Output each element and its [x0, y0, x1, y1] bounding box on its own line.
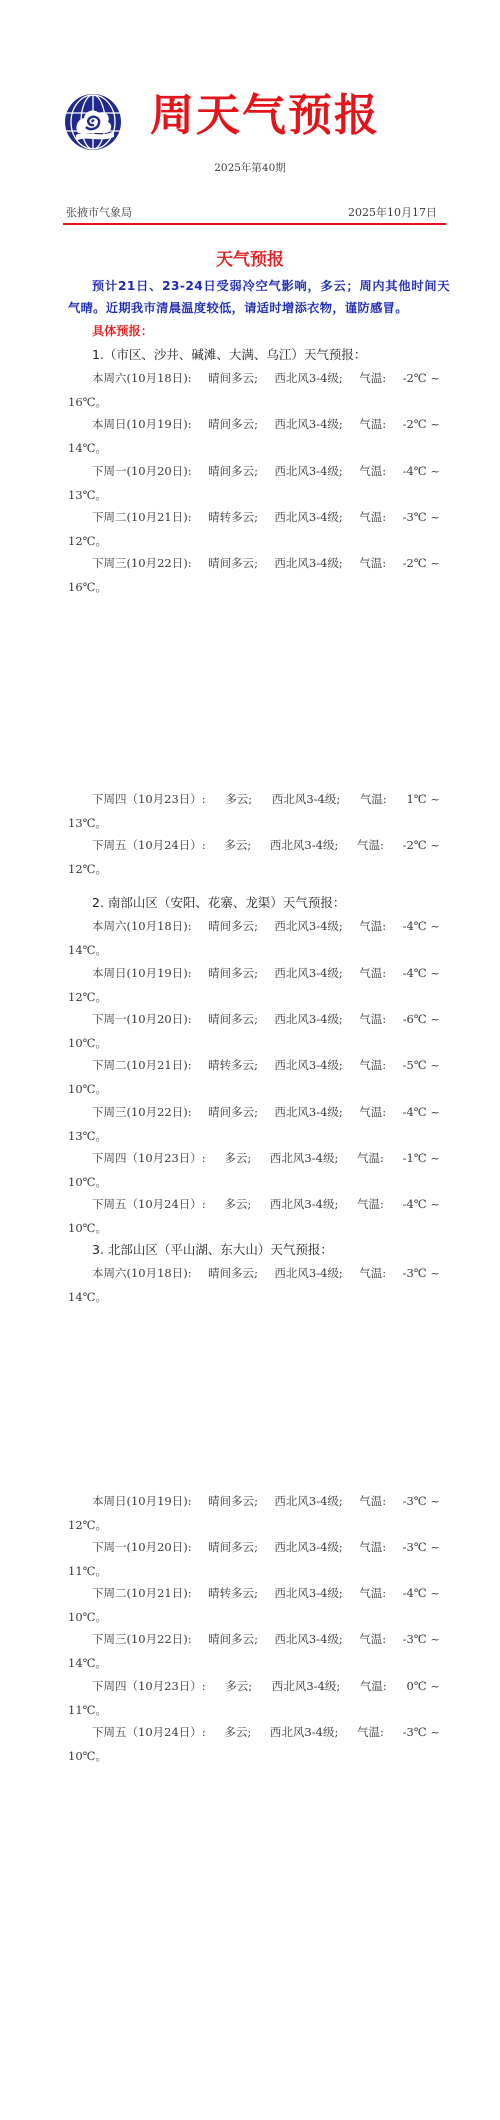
forecast-line: 下周一(10月20日):晴间多云;西北风3-4级;气温:-6℃ ~	[68, 1008, 440, 1032]
forecast-day: 下周三(10月22日):	[92, 1101, 192, 1125]
forecast-wind: 西北风3-4级;	[274, 1536, 342, 1560]
forecast-weather: 晴间多云;	[208, 1628, 258, 1652]
forecast-day: 下周五（10月24日）:	[92, 1721, 206, 1745]
forecast-temp-low: -3℃ ~	[403, 1628, 440, 1652]
forecast-wind: 西北风3-4级;	[274, 915, 342, 939]
forecast-weather: 多云;	[224, 834, 251, 858]
forecast-weather: 晴间多云;	[208, 367, 258, 391]
forecast-temp-high: 12℃。	[68, 1514, 440, 1538]
forecast-entry: 下周二(10月21日):晴转多云;西北风3-4级;气温:-4℃ ~10℃。	[68, 1582, 440, 1629]
forecast-temp-label: 气温:	[360, 788, 387, 812]
forecast-weather: 晴间多云;	[208, 1490, 258, 1514]
forecast-line: 下周二(10月21日):晴转多云;西北风3-4级;气温:-3℃ ~	[68, 506, 440, 530]
forecast-temp-high: 14℃。	[68, 437, 440, 461]
publish-date: 2025年10月17日	[348, 204, 437, 220]
forecast-temp-label: 气温:	[359, 1262, 386, 1286]
forecast-day: 下周三(10月22日):	[92, 1628, 192, 1652]
forecast-temp-low: -3℃ ~	[403, 1490, 440, 1514]
forecast-day: 下周二(10月21日):	[92, 1582, 192, 1606]
forecast-line: 下周三(10月22日):晴间多云;西北风3-4级;气温:-3℃ ~	[68, 1628, 440, 1652]
forecast-temp-high: 11℃。	[68, 1560, 440, 1584]
forecast-day: 下周一(10月20日):	[92, 1008, 192, 1032]
forecast-weather: 晴转多云;	[208, 506, 258, 530]
forecast-temp-label: 气温:	[359, 552, 386, 576]
forecast-temp-high: 12℃。	[68, 530, 440, 554]
issue-number: 2025年第40期	[0, 160, 500, 175]
forecast-temp-low: -4℃ ~	[403, 962, 440, 986]
forecast-line: 下周一(10月20日):晴间多云;西北风3-4级;气温:-4℃ ~	[68, 460, 440, 484]
forecast-weather: 晴间多云;	[208, 915, 258, 939]
forecast-weather: 晴间多云;	[208, 413, 258, 437]
forecast-entry: 下周四（10月23日）:多云;西北风3-4级;气温:1℃ ~13℃。	[68, 788, 440, 835]
organization-name: 张掖市气象局	[66, 204, 132, 220]
forecast-entry: 本周日(10月19日):晴间多云;西北风3-4级;气温:-4℃ ~12℃。	[68, 962, 440, 1009]
detail-heading: 具体预报：	[92, 322, 153, 339]
forecast-temp-label: 气温:	[359, 1536, 386, 1560]
forecast-weather: 多云;	[225, 788, 252, 812]
forecast-temp-low: -3℃ ~	[403, 1536, 440, 1560]
forecast-temp-label: 气温:	[357, 1193, 384, 1217]
forecast-temp-label: 气温:	[357, 834, 384, 858]
forecast-entry: 本周日(10月19日):晴间多云;西北风3-4级;气温:-3℃ ~12℃。	[68, 1490, 440, 1537]
forecast-line: 下周五（10月24日）:多云;西北风3-4级;气温:-4℃ ~	[68, 1193, 440, 1217]
forecast-day: 下周一(10月20日):	[92, 1536, 192, 1560]
region-heading: 1.（市区、沙井、碱滩、大满、乌江）天气预报：	[92, 345, 366, 363]
forecast-entry: 本周日(10月19日):晴间多云;西北风3-4级;气温:-2℃ ~14℃。	[68, 413, 440, 460]
forecast-line: 下周一(10月20日):晴间多云;西北风3-4级;气温:-3℃ ~	[68, 1536, 440, 1560]
forecast-wind: 西北风3-4级;	[274, 506, 342, 530]
forecast-temp-label: 气温:	[359, 1101, 386, 1125]
forecast-weather: 晴间多云;	[208, 1536, 258, 1560]
forecast-line: 下周四（10月23日）:多云;西北风3-4级;气温:0℃ ~	[68, 1675, 440, 1699]
forecast-wind: 西北风3-4级;	[272, 1675, 340, 1699]
forecast-temp-label: 气温:	[359, 460, 386, 484]
forecast-entry: 下周四（10月23日）:多云;西北风3-4级;气温:0℃ ~11℃。	[68, 1675, 440, 1722]
forecast-wind: 西北风3-4级;	[274, 1582, 342, 1606]
forecast-wind: 西北风3-4级;	[274, 460, 342, 484]
forecast-day: 本周六(10月18日):	[92, 367, 192, 391]
forecast-temp-high: 14℃。	[68, 1652, 440, 1676]
forecast-day: 下周三(10月22日):	[92, 552, 192, 576]
forecast-line: 下周五（10月24日）:多云;西北风3-4级;气温:-3℃ ~	[68, 1721, 440, 1745]
forecast-entry: 下周三(10月22日):晴间多云;西北风3-4级;气温:-3℃ ~14℃。	[68, 1628, 440, 1675]
forecast-entry: 下周三(10月22日):晴间多云;西北风3-4级;气温:-2℃ ~16℃。	[68, 552, 440, 599]
forecast-temp-high: 13℃。	[68, 812, 440, 836]
forecast-temp-label: 气温:	[359, 413, 386, 437]
forecast-weather: 多云;	[225, 1675, 252, 1699]
forecast-temp-low: -3℃ ~	[403, 506, 440, 530]
forecast-weather: 晴转多云;	[208, 1582, 258, 1606]
section-title: 天气预报	[0, 245, 500, 270]
forecast-temp-label: 气温:	[359, 367, 386, 391]
forecast-weather: 晴间多云;	[208, 962, 258, 986]
forecast-entry: 下周一(10月20日):晴间多云;西北风3-4级;气温:-4℃ ~13℃。	[68, 460, 440, 507]
forecast-entry: 本周六(10月18日):晴间多云;西北风3-4级;气温:-3℃ ~14℃。	[68, 1262, 440, 1309]
forecast-day: 下周四（10月23日）:	[92, 788, 206, 812]
forecast-weather: 多云;	[224, 1721, 251, 1745]
forecast-temp-low: -4℃ ~	[403, 1582, 440, 1606]
forecast-temp-label: 气温:	[359, 1008, 386, 1032]
forecast-weather: 多云;	[224, 1147, 251, 1171]
forecast-day: 下周四（10月23日）:	[92, 1147, 206, 1171]
forecast-wind: 西北风3-4级;	[274, 1490, 342, 1514]
header-divider	[63, 223, 446, 225]
forecast-weather: 晴间多云;	[208, 1101, 258, 1125]
forecast-line: 下周二(10月21日):晴转多云;西北风3-4级;气温:-4℃ ~	[68, 1582, 440, 1606]
forecast-line: 本周六(10月18日):晴间多云;西北风3-4级;气温:-2℃ ~	[68, 367, 440, 391]
forecast-entry: 下周一(10月20日):晴间多云;西北风3-4级;气温:-6℃ ~10℃。	[68, 1008, 440, 1055]
forecast-entry: 下周二(10月21日):晴转多云;西北风3-4级;气温:-3℃ ~12℃。	[68, 506, 440, 553]
forecast-wind: 西北风3-4级;	[274, 1008, 342, 1032]
forecast-temp-low: -1℃ ~	[403, 1147, 440, 1171]
forecast-temp-label: 气温:	[359, 915, 386, 939]
forecast-wind: 西北风3-4级;	[274, 1262, 342, 1286]
forecast-line: 本周日(10月19日):晴间多云;西北风3-4级;气温:-4℃ ~	[68, 962, 440, 986]
forecast-temp-low: -2℃ ~	[403, 367, 440, 391]
forecast-temp-high: 14℃。	[68, 1286, 440, 1310]
forecast-line: 下周四（10月23日）:多云;西北风3-4级;气温:1℃ ~	[68, 788, 440, 812]
forecast-weather: 晴间多云;	[208, 1008, 258, 1032]
forecast-wind: 西北风3-4级;	[274, 1101, 342, 1125]
forecast-temp-high: 14℃。	[68, 939, 440, 963]
forecast-line: 下周五（10月24日）:多云;西北风3-4级;气温:-2℃ ~	[68, 834, 440, 858]
bulletin-title: 周天气预报	[150, 86, 390, 146]
forecast-entry: 下周二(10月21日):晴转多云;西北风3-4级;气温:-5℃ ~10℃。	[68, 1054, 440, 1101]
forecast-day: 下周五（10月24日）:	[92, 1193, 206, 1217]
forecast-day: 下周四（10月23日）:	[92, 1675, 206, 1699]
forecast-temp-high: 11℃。	[68, 1699, 440, 1723]
forecast-temp-low: -6℃ ~	[403, 1008, 440, 1032]
forecast-temp-low: -3℃ ~	[403, 1721, 440, 1745]
forecast-temp-label: 气温:	[357, 1721, 384, 1745]
forecast-temp-low: -2℃ ~	[403, 834, 440, 858]
meteorological-logo-icon	[64, 93, 122, 151]
forecast-temp-low: -5℃ ~	[403, 1054, 440, 1078]
forecast-temp-low: -3℃ ~	[403, 1262, 440, 1286]
forecast-entry: 本周六(10月18日):晴间多云;西北风3-4级;气温:-4℃ ~14℃。	[68, 915, 440, 962]
forecast-line: 本周六(10月18日):晴间多云;西北风3-4级;气温:-3℃ ~	[68, 1262, 440, 1286]
forecast-line: 下周三(10月22日):晴间多云;西北风3-4级;气温:-2℃ ~	[68, 552, 440, 576]
forecast-temp-low: 1℃ ~	[406, 788, 439, 812]
forecast-wind: 西北风3-4级;	[274, 413, 342, 437]
forecast-temp-low: -2℃ ~	[403, 552, 440, 576]
forecast-line: 本周日(10月19日):晴间多云;西北风3-4级;气温:-2℃ ~	[68, 413, 440, 437]
forecast-entry: 下周五（10月24日）:多云;西北风3-4级;气温:-4℃ ~10℃。	[68, 1193, 440, 1240]
forecast-wind: 西北风3-4级;	[274, 1628, 342, 1652]
forecast-temp-high: 16℃。	[68, 576, 440, 600]
forecast-entry: 下周一(10月20日):晴间多云;西北风3-4级;气温:-3℃ ~11℃。	[68, 1536, 440, 1583]
forecast-day: 下周五（10月24日）:	[92, 834, 206, 858]
forecast-weather: 晴间多云;	[208, 1262, 258, 1286]
forecast-temp-label: 气温:	[357, 1147, 384, 1171]
forecast-day: 下周二(10月21日):	[92, 1054, 192, 1078]
forecast-day: 下周二(10月21日):	[92, 506, 192, 530]
forecast-temp-high: 12℃。	[68, 986, 440, 1010]
forecast-temp-high: 10℃。	[68, 1171, 440, 1195]
forecast-entry: 下周四（10月23日）:多云;西北风3-4级;气温:-1℃ ~10℃。	[68, 1147, 440, 1194]
forecast-temp-high: 10℃。	[68, 1606, 440, 1630]
forecast-temp-label: 气温:	[360, 1675, 387, 1699]
forecast-day: 本周六(10月18日):	[92, 1262, 192, 1286]
forecast-wind: 西北风3-4级;	[274, 552, 342, 576]
forecast-temp-label: 气温:	[359, 506, 386, 530]
forecast-day: 下周一(10月20日):	[92, 460, 192, 484]
forecast-temp-low: -4℃ ~	[403, 915, 440, 939]
forecast-weather: 晴间多云;	[208, 552, 258, 576]
forecast-temp-label: 气温:	[359, 962, 386, 986]
forecast-line: 本周日(10月19日):晴间多云;西北风3-4级;气温:-3℃ ~	[68, 1490, 440, 1514]
forecast-temp-label: 气温:	[359, 1628, 386, 1652]
forecast-temp-label: 气温:	[359, 1582, 386, 1606]
forecast-summary: 预计21日、23-24日受弱冷空气影响，多云；周内其他时间天气晴。近期我市清晨温…	[68, 275, 450, 319]
forecast-temp-low: -2℃ ~	[403, 413, 440, 437]
forecast-line: 下周四（10月23日）:多云;西北风3-4级;气温:-1℃ ~	[68, 1147, 440, 1171]
forecast-wind: 西北风3-4级;	[274, 367, 342, 391]
forecast-temp-high: 10℃。	[68, 1745, 440, 1769]
forecast-temp-high: 13℃。	[68, 1125, 440, 1149]
forecast-temp-label: 气温:	[359, 1054, 386, 1078]
forecast-wind: 西北风3-4级;	[274, 1054, 342, 1078]
forecast-temp-high: 10℃。	[68, 1217, 440, 1241]
forecast-temp-high: 10℃。	[68, 1078, 440, 1102]
forecast-entry: 下周三(10月22日):晴间多云;西北风3-4级;气温:-4℃ ~13℃。	[68, 1101, 440, 1148]
forecast-entry: 下周五（10月24日）:多云;西北风3-4级;气温:-3℃ ~10℃。	[68, 1721, 440, 1768]
forecast-line: 本周六(10月18日):晴间多云;西北风3-4级;气温:-4℃ ~	[68, 915, 440, 939]
forecast-wind: 西北风3-4级;	[270, 1147, 338, 1171]
forecast-entry: 下周五（10月24日）:多云;西北风3-4级;气温:-2℃ ~12℃。	[68, 834, 440, 881]
forecast-temp-high: 13℃。	[68, 484, 440, 508]
forecast-wind: 西北风3-4级;	[274, 962, 342, 986]
forecast-temp-label: 气温:	[359, 1490, 386, 1514]
forecast-weather: 晴转多云;	[208, 1054, 258, 1078]
forecast-line: 下周三(10月22日):晴间多云;西北风3-4级;气温:-4℃ ~	[68, 1101, 440, 1125]
forecast-wind: 西北风3-4级;	[270, 1193, 338, 1217]
forecast-temp-low: -4℃ ~	[403, 460, 440, 484]
forecast-temp-high: 16℃。	[68, 391, 440, 415]
region-heading: 2. 南部山区（安阳、花寨、龙渠）天气预报：	[92, 893, 345, 911]
forecast-day: 本周日(10月19日):	[92, 1490, 192, 1514]
forecast-temp-low: 0℃ ~	[406, 1675, 439, 1699]
forecast-wind: 西北风3-4级;	[272, 788, 340, 812]
forecast-temp-high: 12℃。	[68, 858, 440, 882]
forecast-entry: 本周六(10月18日):晴间多云;西北风3-4级;气温:-2℃ ~16℃。	[68, 367, 440, 414]
forecast-weather: 多云;	[224, 1193, 251, 1217]
forecast-line: 下周二(10月21日):晴转多云;西北风3-4级;气温:-5℃ ~	[68, 1054, 440, 1078]
forecast-temp-low: -4℃ ~	[403, 1193, 440, 1217]
forecast-wind: 西北风3-4级;	[270, 1721, 338, 1745]
forecast-wind: 西北风3-4级;	[270, 834, 338, 858]
forecast-day: 本周日(10月19日):	[92, 962, 192, 986]
forecast-day: 本周六(10月18日):	[92, 915, 192, 939]
forecast-temp-low: -4℃ ~	[403, 1101, 440, 1125]
forecast-temp-high: 10℃。	[68, 1032, 440, 1056]
region-heading: 3. 北部山区（平山湖、东大山）天气预报：	[92, 1240, 333, 1258]
forecast-weather: 晴间多云;	[208, 460, 258, 484]
forecast-day: 本周日(10月19日):	[92, 413, 192, 437]
